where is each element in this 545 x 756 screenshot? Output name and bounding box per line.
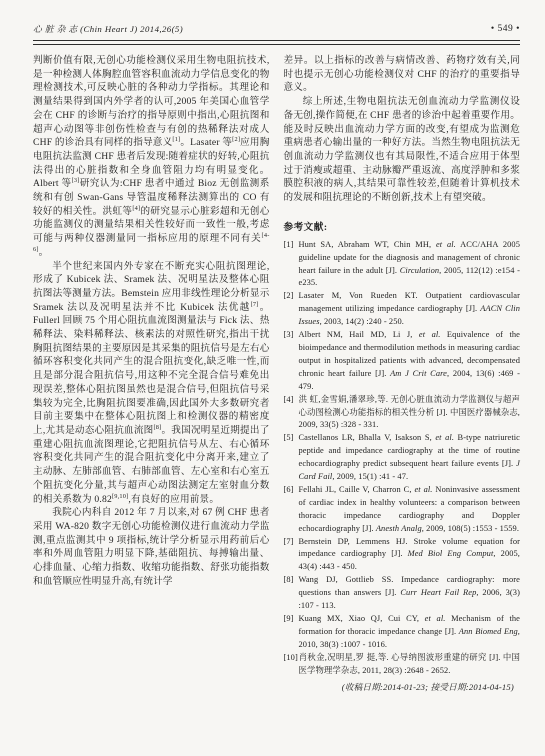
reference-item: [4]洪 虹,金雪娟,潘翠珍,等. 无创心脏血流动力学监测仪与超声心动图检测心功… (284, 394, 521, 433)
reference-text: Kuang MX, Xiao QJ, Cui CY, et al. Mechan… (299, 614, 521, 649)
reference-item: [2]Lasater M, Von Rueden KT. Outpatient … (284, 290, 521, 329)
reference-text: Wang DJ, Gottlieb SS. Impedance cardiogr… (299, 575, 521, 610)
paragraph: 判断价值有限,无创心功能检测仪采用生物电阻抗技术,是一种检测人体胸腔血管容积血流… (33, 54, 270, 260)
reference-label: [3] (284, 329, 299, 342)
reference-text: Hunt SA, Abraham WT, Chin MH, et al. ACC… (299, 240, 521, 288)
reference-label: [6] (284, 484, 299, 497)
reference-text: Albert NM, Hail MD, Li J, et al. Equival… (299, 330, 521, 391)
received-accepted-dates: (收稿日期:2014-01-23; 接受日期:2014-04-15) (284, 681, 521, 693)
reference-label: [10] (284, 652, 299, 665)
page-number: • 549 • (491, 24, 520, 35)
reference-text: Bernstein DP, Lemmens HJ. Stroke volume … (299, 537, 521, 572)
reference-text: 肖秋金,况明星,罗 挺,等. 心导纳图波形重建的研究 [J]. 中国医学物理学杂… (299, 653, 521, 675)
paragraph: 半个世纪来国内外专家在不断充实心阻抗图理论,形成了 Kubicek 法、Sram… (33, 260, 270, 507)
reference-label: [4] (284, 394, 299, 407)
reference-list: [1]Hunt SA, Abraham WT, Chin MH, et al. … (284, 239, 521, 678)
right-column: 差异。以上指标的改善与病情改善、药物疗效有关,同时也提示无创心功能检测仪对 CH… (284, 54, 521, 693)
reference-item: [1]Hunt SA, Abraham WT, Chin MH, et al. … (284, 239, 521, 291)
reference-item: [6]Fellahi JL, Caille V, Charron C, et a… (284, 484, 521, 536)
reference-label: [9] (284, 613, 299, 626)
article-body: 判断价值有限,无创心功能检测仪采用生物电阻抗技术,是一种检测人体胸腔血管容积血流… (33, 54, 520, 693)
reference-item: [8]Wang DJ, Gottlieb SS. Impedance cardi… (284, 574, 521, 613)
left-column-paragraphs: 判断价值有限,无创心功能检测仪采用生物电阻抗技术,是一种检测人体胸腔血管容积血流… (33, 54, 270, 588)
reference-text: Castellanos LR, Bhalla V, Isakson S, et … (299, 433, 521, 481)
left-column: 判断价值有限,无创心功能检测仪采用生物电阻抗技术,是一种检测人体胸腔血管容积血流… (33, 54, 270, 693)
reference-label: [8] (284, 574, 299, 587)
header-rule (33, 40, 520, 45)
paragraph: 综上所述,生物电阻抗法无创血流动力学监测仪设备无创,操作简便,在 CHF 患者的… (284, 95, 521, 205)
reference-label: [5] (284, 432, 299, 445)
references-heading: 参考文献: (284, 219, 521, 233)
paragraph: 我院心内科自 2012 年 7 月以来,对 67 例 CHF 患者采用 WA-8… (33, 506, 270, 588)
reference-label: [2] (284, 290, 299, 303)
reference-label: [1] (284, 239, 299, 252)
journal-title: 心 脏 杂 志 (Chin Heart J) 2014,26(5) (33, 24, 183, 35)
page-header: 心 脏 杂 志 (Chin Heart J) 2014,26(5) • 549 … (33, 24, 520, 35)
reference-label: [7] (284, 536, 299, 549)
reference-item: [9]Kuang MX, Xiao QJ, Cui CY, et al. Mec… (284, 613, 521, 652)
reference-item: [5]Castellanos LR, Bhalla V, Isakson S, … (284, 432, 521, 484)
right-column-paragraphs: 差异。以上指标的改善与病情改善、药物疗效有关,同时也提示无创心功能检测仪对 CH… (284, 54, 521, 205)
reference-text: Fellahi JL, Caille V, Charron C, et al. … (299, 485, 521, 533)
reference-item: [7]Bernstein DP, Lemmens HJ. Stroke volu… (284, 536, 521, 575)
reference-text: Lasater M, Von Rueden KT. Outpatient car… (299, 291, 521, 326)
reference-item: [3]Albert NM, Hail MD, Li J, et al. Equi… (284, 329, 521, 394)
journal-page: 心 脏 杂 志 (Chin Heart J) 2014,26(5) • 549 … (0, 0, 545, 756)
reference-text: 洪 虹,金雪娟,潘翠珍,等. 无创心脏血流动力学监测仪与超声心动图检测心功能指标… (299, 395, 521, 430)
reference-item: [10]肖秋金,况明星,罗 挺,等. 心导纳图波形重建的研究 [J]. 中国医学… (284, 652, 521, 678)
paragraph: 差异。以上指标的改善与病情改善、药物疗效有关,同时也提示无创心功能检测仪对 CH… (284, 54, 521, 95)
